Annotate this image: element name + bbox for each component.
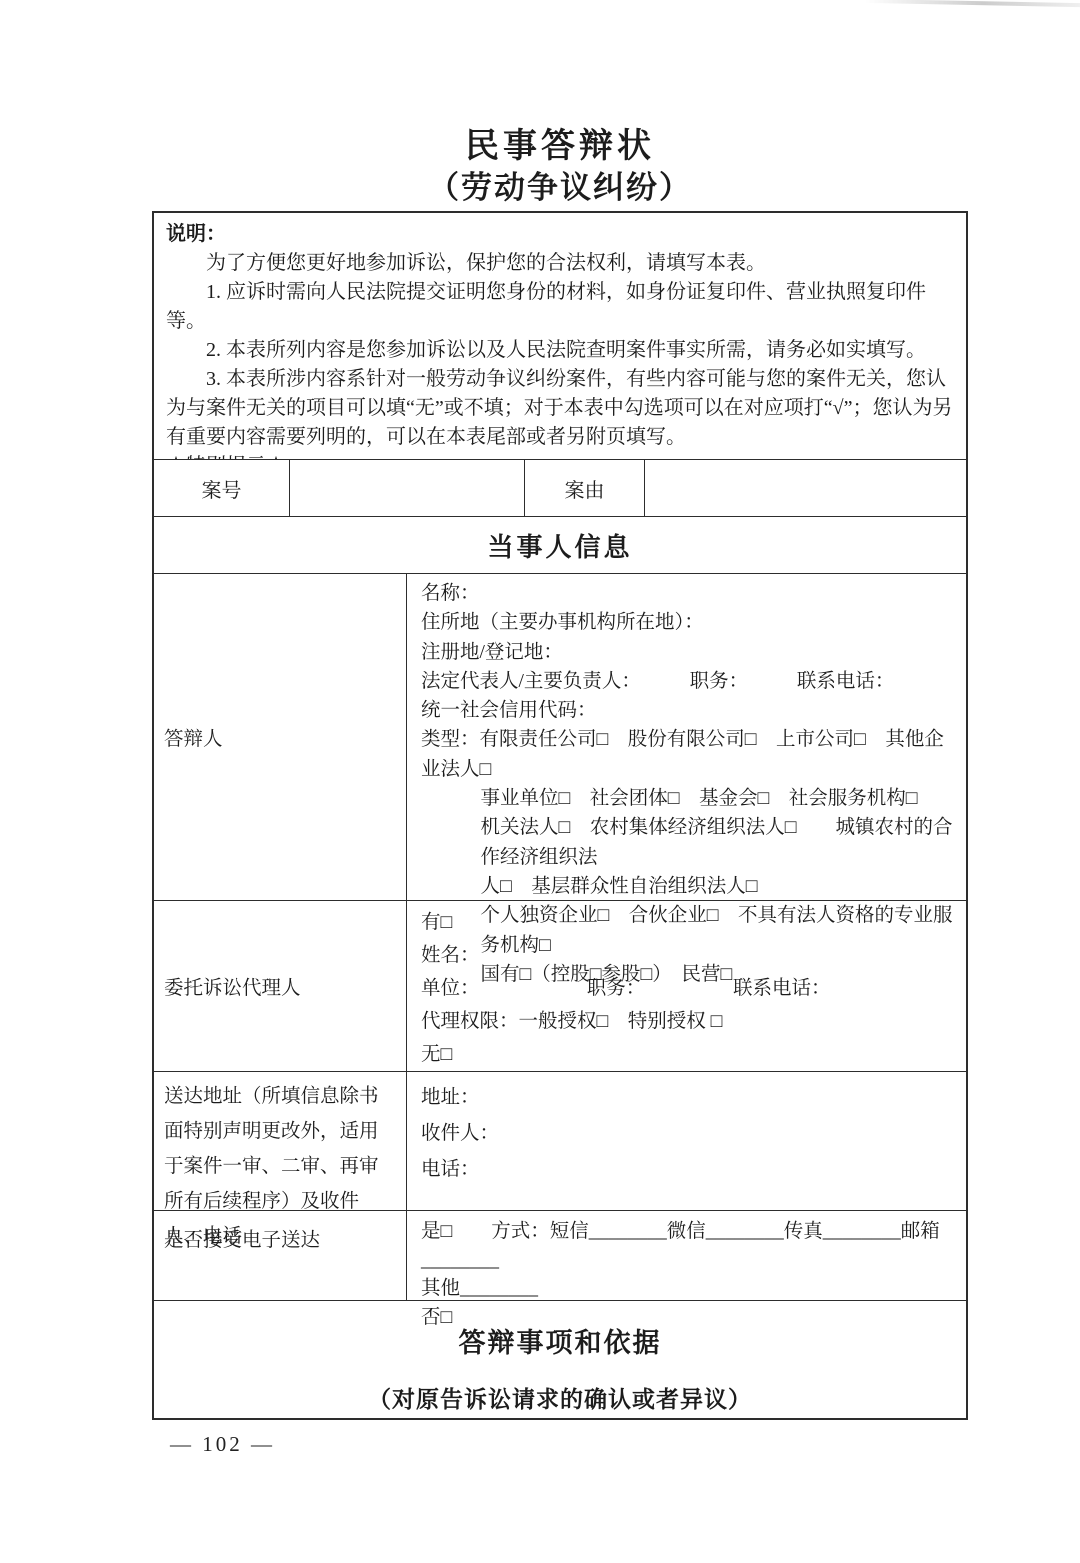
service-address-label: 送达地址（所填信息除书面特别声明更改外，适用于案件一审、二审、再审所有后续程序）… xyxy=(154,1072,406,1210)
cause-label: 案由 xyxy=(524,460,644,516)
agent-none-checkbox-line: 无□ xyxy=(421,1038,958,1071)
respondent-type-options: 类型：有限责任公司□ 股份有限公司□ 上市公司□ 其他企业法人□ xyxy=(421,725,958,784)
agent-has-checkbox-line: 有□ xyxy=(421,906,958,939)
respondent-row: 答辩人 名称： 住所地（主要办事机构所在地）： 注册地/登记地： 法定代表人/主… xyxy=(154,573,966,900)
cause-value xyxy=(644,460,966,516)
respondent-domicile-field: 住所地（主要办事机构所在地）： xyxy=(421,608,958,637)
agent-row: 委托诉讼代理人 有□ 姓名： 单位： 职务： 联系电话： 代理权限：一般授权□ … xyxy=(154,900,966,1071)
notice-paragraph: 2. 本表所列内容是您参加诉讼以及人民法院查明案件事实所需，请务必如实填写。 xyxy=(166,336,954,365)
notice-box: 说明： 为了方便您更好地参加诉讼，保护您的合法权利，请填写本表。 1. 应诉时需… xyxy=(154,213,966,459)
respondent-fields: 名称： 住所地（主要办事机构所在地）： 注册地/登记地： 法定代表人/主要负责人… xyxy=(406,574,966,900)
agent-fields: 有□ 姓名： 单位： 职务： 联系电话： 代理权限：一般授权□ 特别授权 □ 无… xyxy=(406,901,966,1071)
notice-special-heading: ★特别提示★ xyxy=(166,452,954,459)
party-info-header: 当事人信息 xyxy=(154,516,966,573)
notice-paragraph: 为了方便您更好地参加诉讼，保护您的合法权利，请填写本表。 xyxy=(166,249,954,278)
page-number: — 102 — xyxy=(170,1432,275,1457)
electronic-service-fields: 是□ 方式：短信________微信________传真________邮箱__… xyxy=(406,1211,966,1300)
case-row: 案号 案由 xyxy=(154,459,966,516)
agent-authority-options: 代理权限：一般授权□ 特别授权 □ xyxy=(421,1005,958,1038)
service-address-row: 送达地址（所填信息除书面特别声明更改外，适用于案件一审、二审、再审所有后续程序）… xyxy=(154,1071,966,1210)
respondent-type-options: 人□ 基层群众性自治组织法人□ xyxy=(421,872,958,901)
respondent-label: 答辩人 xyxy=(154,574,406,900)
document-subtitle: （劳动争议纠纷） xyxy=(152,167,968,208)
document-page: 民事答辩状 （劳动争议纠纷） 说明： 为了方便您更好地参加诉讼，保护您的合法权利… xyxy=(0,0,1080,1563)
notice-paragraph: 1. 应诉时需向人民法院提交证明您身份的材料，如身份证复印件、营业执照复印件等。 xyxy=(166,278,954,336)
service-address-fields: 地址： 收件人： 电话： xyxy=(406,1072,966,1210)
respondent-name-field: 名称： xyxy=(421,579,958,608)
scan-artifact xyxy=(865,0,1080,7)
agent-name-field: 姓名： xyxy=(421,939,958,972)
notice-heading: 说明： xyxy=(166,219,954,249)
agent-label: 委托诉讼代理人 xyxy=(154,901,406,1071)
electronic-service-label: 是否接受电子送达 xyxy=(154,1211,406,1300)
service-phone-field: 电话： xyxy=(421,1152,958,1188)
respondent-registered-address-field: 注册地/登记地： xyxy=(421,638,958,667)
document-title: 民事答辩状 xyxy=(152,126,968,167)
service-address-field: 地址： xyxy=(421,1080,958,1116)
form-table: 说明： 为了方便您更好地参加诉讼，保护您的合法权利，请填写本表。 1. 应诉时需… xyxy=(152,211,968,1420)
respondent-type-options: 事业单位□ 社会团体□ 基金会□ 社会服务机构□ xyxy=(421,784,958,813)
service-recipient-field: 收件人： xyxy=(421,1116,958,1152)
eservice-yes-options-line: 是□ 方式：短信________微信________传真________邮箱__… xyxy=(421,1218,958,1275)
defense-section-subheading: （对原告诉讼请求的确认或者异议） xyxy=(154,1381,966,1414)
case-number-value xyxy=(289,460,524,516)
agent-employer-field: 单位： 职务： 联系电话： xyxy=(421,972,958,1005)
respondent-legal-rep-field: 法定代表人/主要负责人： 职务： 联系电话： xyxy=(421,667,958,696)
respondent-type-options: 机关法人□ 农村集体经济组织法人□ 城镇农村的合作经济组织法 xyxy=(421,813,958,872)
case-number-label: 案号 xyxy=(154,460,289,516)
eservice-other-line: 其他________ xyxy=(421,1275,958,1304)
title-block: 民事答辩状 （劳动争议纠纷） xyxy=(152,126,968,208)
electronic-service-row: 是否接受电子送达 是□ 方式：短信________微信________传真___… xyxy=(154,1210,966,1300)
respondent-credit-code-field: 统一社会信用代码： xyxy=(421,696,958,725)
notice-paragraph: 3. 本表所涉内容系针对一般劳动争议纠纷案件，有些内容可能与您的案件无关，您认为… xyxy=(166,365,954,452)
